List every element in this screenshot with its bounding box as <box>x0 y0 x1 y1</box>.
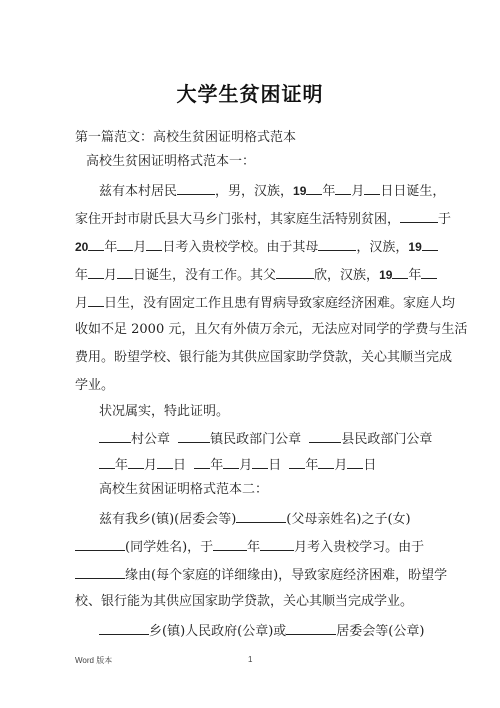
sample1-heading: 高校生贫困证明格式范本一： <box>86 154 255 170</box>
blank-field[interactable] <box>128 456 144 469</box>
blank-field[interactable] <box>400 210 438 223</box>
section-heading: 第一篇范文：高校生贫困证明格式范本 <box>75 130 296 146</box>
blank-field[interactable] <box>117 238 133 251</box>
blank-field[interactable] <box>223 456 239 469</box>
sample2-seal-line: 乡(镇)人民政府(公章)或居委会等(公章) <box>99 622 424 640</box>
blank-field[interactable] <box>318 238 356 251</box>
blank-field[interactable] <box>75 538 125 551</box>
paragraph-line: 学业。 <box>75 378 114 394</box>
blank-field[interactable] <box>178 430 210 443</box>
paragraph-line: (同学姓名)，于年月考入贵校学习。由于 <box>75 538 424 556</box>
blank-field[interactable] <box>236 510 286 523</box>
blank-field[interactable] <box>286 622 336 635</box>
sample2-heading: 高校生贫困证明格式范本二： <box>99 482 268 498</box>
blank-field[interactable] <box>88 294 104 307</box>
footer-label: Word 版本 <box>75 655 112 666</box>
paragraph-line: 家住开封市尉氏县大马乡门张村，其家庭生活特别贫困，于 <box>75 210 451 228</box>
blank-field[interactable] <box>88 238 104 251</box>
blank-field[interactable] <box>347 456 363 469</box>
blank-field[interactable] <box>213 538 247 551</box>
paragraph-line: 兹有我乡(镇)(居委会等)(父母亲姓名)之子(女) <box>99 510 411 528</box>
seal-line: 村公章 镇民政部门公章 县民政部门公章 <box>99 430 432 448</box>
blank-field[interactable] <box>306 182 322 195</box>
blank-field[interactable] <box>177 182 215 195</box>
blank-field[interactable] <box>99 622 149 635</box>
blank-field[interactable] <box>309 430 341 443</box>
date-line: 年月日 年月日 年月日 <box>99 456 376 474</box>
blank-field[interactable] <box>157 456 173 469</box>
closing-statement: 状况属实，特此证明。 <box>99 404 229 420</box>
blank-field[interactable] <box>252 456 268 469</box>
blank-field[interactable] <box>364 182 380 195</box>
blank-field[interactable] <box>335 182 351 195</box>
paragraph-line: 费用。盼望学校、银行能为其供应国家助学贷款，关心其顺当完成 <box>75 350 452 366</box>
paragraph-line: 月日生，没有固定工作且患有胃病导致家庭经济困难。家庭人均 <box>75 294 455 312</box>
blank-field[interactable] <box>99 430 131 443</box>
blank-field[interactable] <box>146 238 162 251</box>
paragraph-line: 兹有本村居民，男，汉族，19年月日日诞生， <box>99 182 445 200</box>
blank-field[interactable] <box>289 456 305 469</box>
paragraph-line: 缘由(每个家庭的详细缘由)，导致家庭经济困难，盼望学 <box>75 566 447 584</box>
paragraph-line: 校、银行能为其供应国家助学贷款，关心其顺当完成学业。 <box>75 594 413 610</box>
blank-field[interactable] <box>392 266 408 279</box>
paragraph-line: 收如不足 2000 元，且欠有外债万余元，无法应对同学的学费与生活 <box>75 322 467 338</box>
blank-field[interactable] <box>421 266 437 279</box>
blank-field[interactable] <box>88 266 104 279</box>
paragraph-line: 20年月日考入贵校学校。由于其母，汉族，19 <box>75 238 438 256</box>
blank-field[interactable] <box>117 266 133 279</box>
blank-field[interactable] <box>318 456 334 469</box>
blank-field[interactable] <box>75 566 125 579</box>
blank-field[interactable] <box>99 456 115 469</box>
document-title: 大学生贫困证明 <box>0 78 500 107</box>
blank-field[interactable] <box>260 538 294 551</box>
blank-field[interactable] <box>276 266 314 279</box>
page-number: 1 <box>248 655 252 664</box>
paragraph-line: 年月日诞生，没有工作。其父欣，汉族，19年 <box>75 266 437 284</box>
blank-field[interactable] <box>194 456 210 469</box>
blank-field[interactable] <box>422 238 438 251</box>
